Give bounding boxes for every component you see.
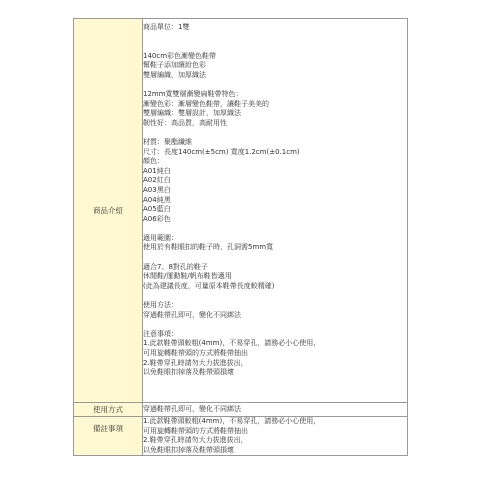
note-line: 1.此款鞋帶頭較粗(4mm)，不易穿孔，請務必小心使用， bbox=[143, 339, 407, 349]
notes-title: 注意事項： bbox=[143, 330, 407, 340]
colors-title: 顏色： bbox=[143, 157, 407, 167]
feature-line: 韌性好：高品質，高耐用性 bbox=[143, 119, 407, 129]
remarks-content: 1.此款鞋帶頭較粗(4mm)，不易穿孔，請務必小心使用， 可用旋轉鞋帶頭的方式將… bbox=[143, 417, 408, 456]
note-line: 可用旋轉鞋帶頭的方式將鞋帶抽出 bbox=[143, 349, 407, 359]
usage-title: 使用方法： bbox=[143, 301, 407, 311]
color-option: A06彩色 bbox=[143, 215, 407, 225]
intro-line: 140cm彩色漸變色鞋帶 bbox=[143, 52, 407, 62]
color-option: A05藍白 bbox=[143, 205, 407, 215]
size-text: 尺寸：長度140cm(±5cm) 寬度1.2cm(±0.1cm) bbox=[143, 148, 407, 158]
usage-row-text: 穿過鞋帶孔即可，變化不同綁法 bbox=[143, 405, 407, 415]
fit-line: (此為建議長度，可量原本鞋帶長度較精確) bbox=[143, 282, 407, 292]
product-intro-content: 商品單位：1雙 140cm彩色漸變色鞋帶 幫鞋子添加繽紛色彩 雙層編織，加厚織法… bbox=[143, 19, 408, 403]
intro-line: 雙層編織，加厚織法 bbox=[143, 71, 407, 81]
feature-line: 雙層編織：雙層設計，加厚織法 bbox=[143, 109, 407, 119]
material-text: 材質：聚酯纖維 bbox=[143, 138, 407, 148]
intro-line: 幫鞋子添加繽紛色彩 bbox=[143, 61, 407, 71]
product-spec-table: 商品介紹 商品單位：1雙 140cm彩色漸變色鞋帶 幫鞋子添加繽紛色彩 雙層編織… bbox=[73, 18, 408, 456]
feature-line: 漸變色彩：漸層變色鞋帶，讓鞋子美美的 bbox=[143, 100, 407, 110]
label-product-intro: 商品介紹 bbox=[74, 19, 143, 403]
scope-text: 使用於有鞋眼扣的鞋子時，孔洞需5mm寬 bbox=[143, 243, 407, 253]
table-row-product-intro: 商品介紹 商品單位：1雙 140cm彩色漸變色鞋帶 幫鞋子添加繽紛色彩 雙層編織… bbox=[74, 19, 408, 403]
unit-text: 商品單位：1雙 bbox=[143, 23, 407, 33]
remark-line: 2.鞋帶穿孔時請勿大力拔進拔出， bbox=[143, 436, 407, 446]
fit-line: 適合7、8對孔的鞋子 bbox=[143, 263, 407, 273]
fit-line: 休閒鞋/運動鞋/帆布鞋皆適用 bbox=[143, 272, 407, 282]
label-remarks: 備註事項 bbox=[74, 417, 143, 456]
color-option: A02紅白 bbox=[143, 176, 407, 186]
note-line: 以免鞋眼扣掉落及鞋帶頭損壞 bbox=[143, 368, 407, 378]
features-title: 12mm寬雙層漸變扁鞋帶特色： bbox=[143, 90, 407, 100]
table-row-usage: 使用方式 穿過鞋帶孔即可，變化不同綁法 bbox=[74, 403, 408, 417]
label-usage: 使用方式 bbox=[74, 403, 143, 417]
color-option: A04純黑 bbox=[143, 196, 407, 206]
table-row-remarks: 備註事項 1.此款鞋帶頭較粗(4mm)，不易穿孔，請務必小心使用， 可用旋轉鞋帶… bbox=[74, 417, 408, 456]
color-option: A01純白 bbox=[143, 167, 407, 177]
usage-content: 穿過鞋帶孔即可，變化不同綁法 bbox=[143, 403, 408, 417]
remark-line: 1.此款鞋帶頭較粗(4mm)，不易穿孔，請務必小心使用， bbox=[143, 417, 407, 427]
usage-text: 穿過鞋帶孔即可，變化不同綁法 bbox=[143, 311, 407, 321]
remark-line: 可用旋轉鞋帶頭的方式將鞋帶抽出 bbox=[143, 427, 407, 437]
color-option: A03黑白 bbox=[143, 186, 407, 196]
remark-line: 以免鞋眼扣掉落及鞋帶頭損壞 bbox=[143, 446, 407, 456]
note-line: 2.鞋帶穿孔時請勿大力拔進拔出， bbox=[143, 359, 407, 369]
